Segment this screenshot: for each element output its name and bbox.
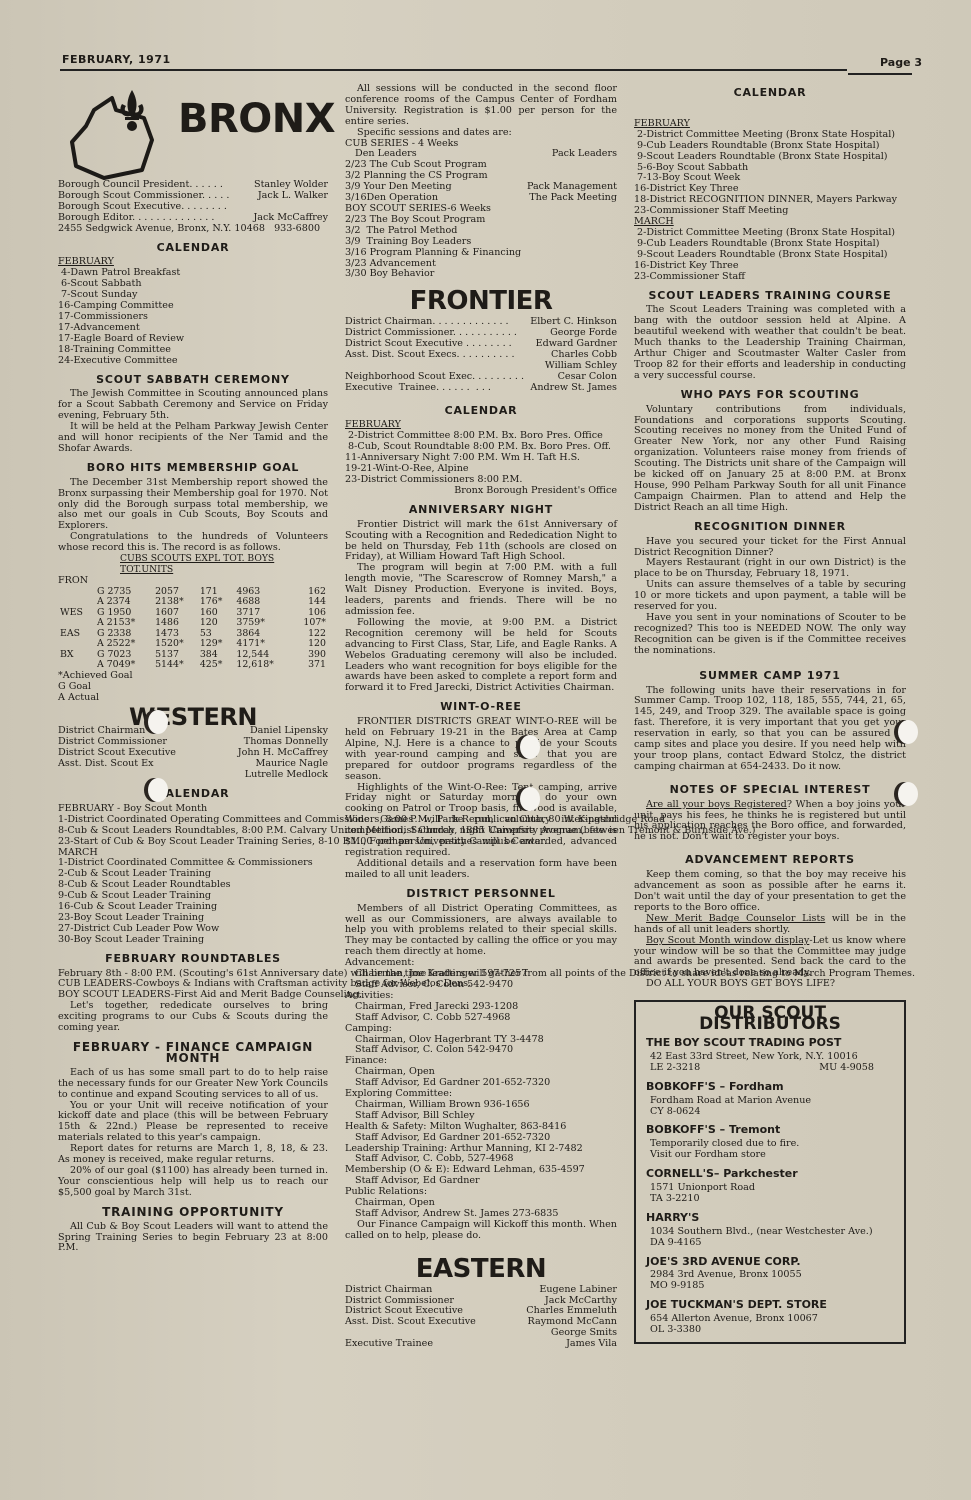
finance-paragraph: Each of us has some small part to do to … [58, 1068, 328, 1101]
personnel-heading: DISTRICT PERSONNEL [345, 889, 617, 900]
store-line: Visit our Fordham store [646, 1150, 894, 1161]
store-line: CY 8-0624 [646, 1107, 894, 1118]
officer-name: Lutrelle Medlock [245, 770, 328, 781]
personnel-list: Advancement:Chairman, Joe Krattinger 597… [345, 958, 617, 1220]
table-cell: BX [58, 650, 95, 661]
advancement-paragraph: Boy Scout Month window display-Let us kn… [634, 936, 906, 980]
sabbath-heading: SCOUT SABBATH CEREMONY [58, 375, 328, 386]
roundtables-heading: FEBRUARY ROUNDTABLES [58, 954, 328, 965]
officer-name: Eugene Labiner [539, 1285, 617, 1296]
store-line: DA 9-4165 [646, 1238, 894, 1249]
advancement-heading: ADVANCEMENT REPORTS [634, 855, 906, 866]
officer-role: Executive Trainee. . . . . . . . . [345, 383, 530, 394]
dinner-heading: RECOGNITION DINNER [634, 522, 906, 533]
wintoree-paragraph: FRONTIER DISTRICTS GREAT WINT-O-REE will… [345, 717, 617, 782]
bronx-calendar-heading: CALENDAR [58, 243, 328, 254]
membership-table-header: CUBS SCOUTS EXPL TOT. BOYS TOT.UNITS [58, 554, 328, 576]
frontier-calendar-heading: CALENDAR [345, 406, 617, 417]
notes-heading: NOTES OF SPECIAL INTEREST [634, 785, 906, 796]
officer-row: Borough Editor. . . . . . . . . . . . . … [58, 213, 328, 224]
anniversary-paragraph: Frontier District will mark the 61st Ann… [345, 520, 617, 564]
leaders-training-heading: SCOUT LEADERS TRAINING COURSE [634, 291, 906, 302]
table-cell: 425* [198, 660, 235, 671]
distributors-box: OUR SCOUT DISTRIBUTORS THE BOY SCOUT TRA… [634, 1000, 906, 1344]
personnel-category: Camping: [345, 1024, 617, 1035]
summer-camp-paragraph: The following units have their reservati… [634, 686, 906, 773]
store-line: MO 9-9185 [646, 1281, 894, 1292]
officer-row: Lutrelle Medlock [58, 770, 328, 781]
store-phones: LE 2-3218MU 4-9058 [646, 1063, 894, 1074]
calendar-item: 8-Cub & Scout Leaders Roundtables, 8:00 … [58, 826, 328, 837]
boys-life-line: DO ALL YOUR BOYS GET BOYS LIFE? [634, 979, 906, 990]
officer-role: Asst. Dist. Scout Execs. . . . . . . . .… [345, 350, 551, 361]
pack-leaders-label: Pack Leaders [552, 149, 617, 160]
window-display-text: Boy Scout Month window display [646, 935, 809, 946]
membership-paragraph: The December 31st Membership report show… [58, 478, 328, 533]
officer-row: District ChairmanEugene Labiner [345, 1285, 617, 1296]
session-right: The Pack Meeting [529, 193, 617, 204]
calendar-item: 9-Scout Leaders Roundtable (Bronx State … [634, 152, 906, 163]
store-phone: MU 4-9058 [819, 1063, 894, 1074]
finance-paragraph: Report dates for returns are March 1, 8,… [58, 1144, 328, 1166]
store-name: BOBKOFF'S – Fordham [646, 1082, 894, 1093]
boy-session: 3/30 Boy Behavior [345, 269, 617, 280]
eastern-feb-list: 2-District Committee Meeting (Bronx Stat… [634, 130, 906, 217]
officer-role: Asst. Dist. Scout Executive [345, 1317, 528, 1328]
officer-name: James Vila [566, 1339, 617, 1350]
officer-row: Executive Trainee. . . . . . . . .Andrew… [345, 383, 617, 394]
column-middle: All sessions will be conducted in the se… [345, 84, 617, 1350]
calendar-item: 23-Commissioner Staff Meeting [634, 206, 906, 217]
membership-table: G 273520571714963162A 23742138*176*46881… [58, 587, 328, 671]
distributors-title: OUR SCOUT DISTRIBUTORS [646, 1008, 894, 1030]
officer-role: District Chairman [345, 1285, 539, 1296]
store-line: Fordham Road at Marion Avenue [646, 1096, 894, 1107]
training-continued: All sessions will be conducted in the se… [345, 84, 617, 139]
merit-badge-lists-text: New Merit Badge Counselor Lists [646, 913, 825, 924]
table-cell [58, 587, 95, 598]
column-left: BRONX Borough Council President. . . . .… [58, 80, 328, 1254]
sabbath-paragraph: It will be held at the Pelham Parkway Je… [58, 422, 328, 455]
anniversary-paragraph: Following the movie, at 9:00 P.M. a Dist… [345, 618, 617, 694]
page-number-rule [848, 73, 912, 75]
table-cell: 371 [291, 660, 328, 671]
calendar-item: 16-District Key Three [634, 261, 906, 272]
leaders-training-paragraph: The Scout Leaders Training was completed… [634, 305, 906, 381]
advancement-paragraph: Keep them coming, so that the boy may re… [634, 870, 906, 914]
header-rule [60, 69, 847, 71]
western-calendar-list: FEBRUARY - Boy Scout Month1-District Coo… [58, 804, 328, 946]
legend-item: G Goal [58, 682, 328, 693]
store-name: BOBKOFF'S – Tremont [646, 1125, 894, 1136]
notes-paragraph: Are all your boys Registered? When a boy… [634, 800, 906, 844]
officer-row: Executive TraineeJames Vila [345, 1339, 617, 1350]
membership-paragraph: Congratulations to the hundreds of Volun… [58, 532, 328, 554]
advancement-paragraph: New Merit Badge Counselor Lists will be … [634, 914, 906, 936]
calendar-item: 23-Commissioner Staff [634, 272, 906, 283]
frontier-calendar-location: Bronx Borough President's Office [345, 486, 617, 497]
calendar-item: 24-Executive Committee [58, 356, 328, 367]
legend-item: A Actual [58, 693, 328, 704]
store-name: CORNELL'S– Parkchester [646, 1169, 894, 1180]
legend-item: *Achieved Goal [58, 671, 328, 682]
finance-heading: FEBRUARY - FINANCE CAMPAIGN MONTH [58, 1042, 328, 1064]
issue-date: FEBRUARY, 1971 [62, 53, 171, 66]
bronx-map-fleur-de-lis-icon [64, 80, 164, 180]
registered-link-text: Are all your boys Registered [646, 799, 787, 810]
binder-hole [148, 778, 168, 802]
table-cell: WES [58, 608, 95, 619]
table-cell: EAS [58, 629, 95, 640]
dinner-paragraph: Have you secured your ticket for the Fir… [634, 537, 906, 559]
officer-name: Jack McCaffrey [253, 213, 328, 224]
eastern-calendar-heading: CALENDAR [634, 88, 906, 99]
store-name: THE BOY SCOUT TRADING POST [646, 1038, 894, 1049]
personnel-closing: Our Finance Campaign will Kickoff this m… [345, 1220, 617, 1242]
anniversary-heading: ANNIVERSARY NIGHT [345, 505, 617, 516]
boy-session: 3/16 Program Planning & Financing [345, 248, 617, 259]
calendar-item: 23-Start of Cub & Boy Scout Leader Train… [58, 837, 328, 848]
officer-role: Asst. Dist. Scout Ex [58, 759, 256, 770]
store-name: JOE TUCKMAN'S DEPT. STORE [646, 1300, 894, 1311]
boy-sessions-list: 2/23 The Boy Scout Program3/2 The Patrol… [345, 215, 617, 280]
who-pays-paragraph: Voluntary contributions from individuals… [634, 405, 906, 514]
finance-paragraph: 20% of our goal ($1100) has already been… [58, 1166, 328, 1199]
dinner-paragraph: Units can assure themselves of a table b… [634, 580, 906, 613]
western-calendar-heading: CALENDAR [58, 789, 328, 800]
roundtables-closing: Let's together, rededicate ourselves to … [58, 1001, 328, 1034]
store-line: TA 3-2210 [646, 1194, 894, 1205]
bronx-address: 2455 Sedgwick Avenue, Bronx, N.Y. 10468 … [58, 224, 328, 235]
officer-name: Andrew St. James [530, 383, 617, 394]
dinner-body: Have you secured your ticket for the Fir… [634, 537, 906, 657]
dinner-paragraph: Mayers Restaurant (right in our own Dist… [634, 558, 906, 580]
wintoree-body: FRONTIER DISTRICTS GREAT WINT-O-REE will… [345, 717, 617, 881]
sabbath-paragraph: The Jewish Committee in Scouting announc… [58, 389, 328, 422]
training-paragraph: Specific sessions and dates are: [345, 128, 617, 139]
store-name: JOE'S 3RD AVENUE CORP. [646, 1257, 894, 1268]
bronx-masthead: BRONX [58, 80, 328, 180]
frontier-title: FRONTIER [345, 296, 617, 307]
bronx-title: BRONX [178, 114, 335, 125]
dinner-paragraph: Have you sent in your nominations of Sco… [634, 613, 906, 657]
western-title: WESTERN [58, 712, 328, 723]
who-pays-heading: WHO PAYS FOR SCOUTING [634, 390, 906, 401]
anniversary-body: Frontier District will mark the 61st Ann… [345, 520, 617, 695]
anniversary-paragraph: The program will begin at 7:00 P.M. with… [345, 563, 617, 618]
binder-hole [898, 782, 918, 806]
officer-role: Executive Trainee [345, 1339, 566, 1350]
store-line: OL 3-3380 [646, 1325, 894, 1336]
bronx-calendar-list: 4-Dawn Patrol Breakfast 6-Scout Sabbath … [58, 268, 328, 366]
finance-body: Each of us has some small part to do to … [58, 1068, 328, 1199]
bronx-officers-list: Borough Council President. . . . . .Stan… [58, 180, 328, 224]
calendar-item: 30-Boy Scout Leader Training [58, 935, 328, 946]
cub-sessions-list: 2/23 The Cub Scout Program3/2 Planning t… [345, 160, 617, 204]
eastern-officers-list: District ChairmanEugene LabinerDistrict … [345, 1285, 617, 1350]
store-phone: LE 2-3218 [650, 1063, 819, 1074]
wintoree-heading: WINT-O-REE [345, 702, 617, 713]
binder-hole [520, 787, 540, 811]
frontier-calendar-list: 2-District Committee 8:00 P.M. Bx. Boro … [345, 431, 617, 486]
personnel-entry: Staff Advisor, Ed Gardner 201-652-7320 [345, 1133, 617, 1144]
table-cell: 5144* [153, 660, 198, 671]
calendar-item: 9-Cub Leaders Roundtable (Bronx State Ho… [634, 141, 906, 152]
membership-legend: *Achieved GoalG GoalA Actual [58, 671, 328, 704]
officer-role: Borough Editor. . . . . . . . . . . . . … [58, 213, 253, 224]
wintoree-paragraph: Highlights of the Wint-O-Ree: Tent campi… [345, 783, 617, 859]
page-number: Page 3 [880, 56, 922, 69]
training-paragraph: All sessions will be conducted in the se… [345, 84, 617, 128]
personnel-intro: Members of all District Operating Commit… [345, 904, 617, 959]
finance-paragraph: You or your Unit will receive notificati… [58, 1101, 328, 1145]
boy-session: 3/9 Training Boy Leaders [345, 237, 617, 248]
membership-goal-heading: BORO HITS MEMBERSHIP GOAL [58, 463, 328, 474]
store-name: HARRY'S [646, 1213, 894, 1224]
roundtables-body: February 8th - 8:00 P.M. (Scouting's 61s… [58, 969, 328, 1002]
table-cell: 12,618* [234, 660, 291, 671]
training-heading: TRAINING OPPORTUNITY [58, 1207, 328, 1218]
summer-camp-heading: SUMMER CAMP 1971 [634, 671, 906, 682]
distributors-list: THE BOY SCOUT TRADING POST42 East 33rd S… [646, 1038, 894, 1336]
binder-hole [898, 720, 918, 744]
western-officers-list: District ChairmanDaniel LipenskyDistrict… [58, 726, 328, 781]
column-right: CALENDAR FEBRUARY 2-District Committee M… [634, 80, 906, 1344]
officer-name: Jack L. Walker [258, 191, 328, 202]
binder-hole [148, 710, 168, 734]
calendar-item: 18-Training Committee [58, 345, 328, 356]
personnel-entry: Staff Advisor, C. Cobb 527-4968 [345, 1013, 617, 1024]
frontier-officers-list: District Chairman. . . . . . . . . . . .… [345, 317, 617, 393]
training-paragraph: All Cub & Boy Scout Leaders will want to… [58, 1222, 328, 1255]
binder-hole [520, 735, 540, 759]
eastern-mar-list: 2-District Committee Meeting (Bronx Stat… [634, 228, 906, 283]
wintoree-paragraph: Additional details and a reservation for… [345, 859, 617, 881]
eastern-title: EASTERN [345, 1264, 617, 1275]
